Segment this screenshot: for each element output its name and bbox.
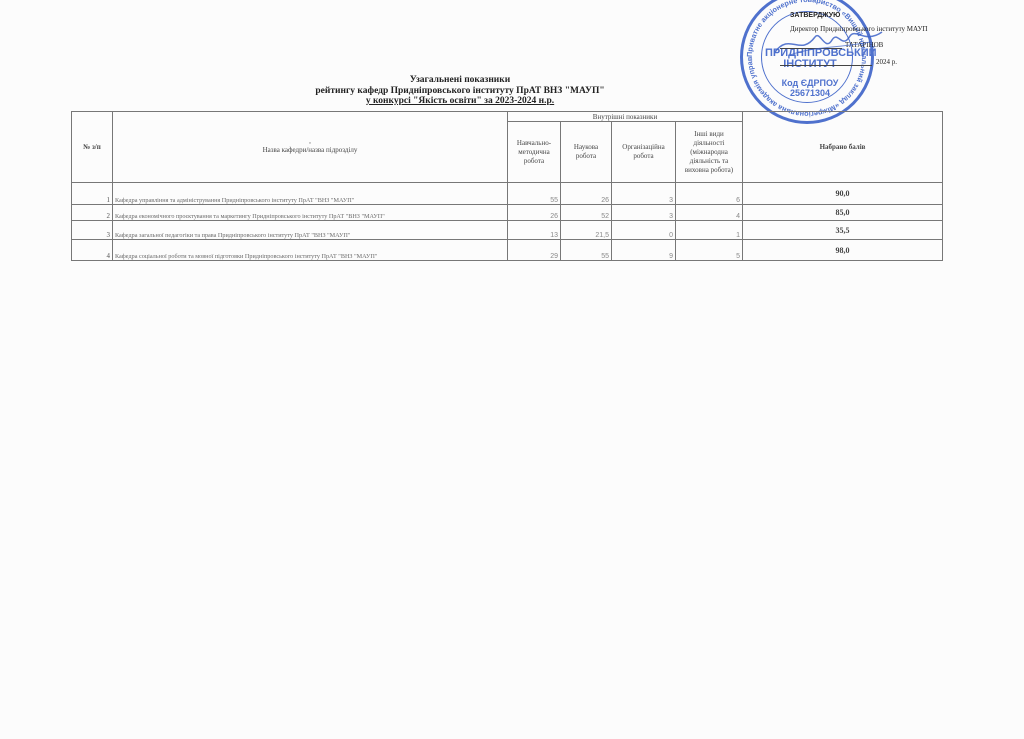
table-row: 1Кафедра управління та адміністрування П… <box>72 183 943 205</box>
title-line-3: у конкурсі "Якість освіти" за 2023-2024 … <box>260 96 660 107</box>
research-score: 52 <box>561 205 612 221</box>
header-number: № з/п <box>72 112 113 183</box>
other-score: 5 <box>676 240 743 261</box>
total-score: 85,0 <box>743 205 943 221</box>
row-number: 2 <box>72 205 113 221</box>
department-name: Кафедра управління та адміністрування Пр… <box>113 183 508 205</box>
approval-heading: ЗАТВЕРДЖУЮ <box>790 12 840 19</box>
other-score: 1 <box>676 221 743 240</box>
table-row: 4Кафедра соціальної роботи та мовної під… <box>72 240 943 261</box>
header-research: Наукова робота <box>561 122 612 183</box>
header-teaching: Навчально-методична робота <box>508 122 561 183</box>
organizational-score: 3 <box>612 205 676 221</box>
header-other: Інші види діяльності (міжнародна діяльні… <box>676 122 743 183</box>
title-line-2: рейтингу кафедр Придніпровського інститу… <box>260 86 660 97</box>
row-number: 1 <box>72 183 113 205</box>
research-score: 26 <box>561 183 612 205</box>
organizational-score: 3 <box>612 183 676 205</box>
organizational-score: 0 <box>612 221 676 240</box>
research-score: 55 <box>561 240 612 261</box>
total-score: 35,5 <box>743 221 943 240</box>
total-score: 98,0 <box>743 240 943 261</box>
teaching-score: 26 <box>508 205 561 221</box>
header-organizational: Організаційна робота <box>612 122 676 183</box>
total-score: 90,0 <box>743 183 943 205</box>
table-row: 2Кафедра економічного проєктування та ма… <box>72 205 943 221</box>
organizational-score: 9 <box>612 240 676 261</box>
stamp-code: Код ЄДРПОУ 25671304 <box>765 78 855 98</box>
department-name: Кафедра економічного проєктування та мар… <box>113 205 508 221</box>
teaching-score: 55 <box>508 183 561 205</box>
department-name: Кафедра соціальної роботи та мовної підг… <box>113 240 508 261</box>
title-line-1: Узагальнені показники <box>260 75 660 86</box>
other-score: 4 <box>676 205 743 221</box>
row-number: 4 <box>72 240 113 261</box>
signature-mark <box>770 22 890 62</box>
teaching-score: 13 <box>508 221 561 240</box>
other-score: 6 <box>676 183 743 205</box>
table-row: 3Кафедра загальної педагогіки та права П… <box>72 221 943 240</box>
rating-table: № з/п · Назва кафедри/назва підрозділу В… <box>71 111 943 261</box>
header-name: · Назва кафедри/назва підрозділу <box>113 112 508 183</box>
row-number: 3 <box>72 221 113 240</box>
header-total: Набрано балів <box>743 112 943 183</box>
date-line <box>780 65 872 66</box>
document-title: Узагальнені показники рейтингу кафедр Пр… <box>260 75 660 107</box>
research-score: 21,5 <box>561 221 612 240</box>
teaching-score: 29 <box>508 240 561 261</box>
department-name: Кафедра загальної педагогіки та права Пр… <box>113 221 508 240</box>
header-internal-indicators: Внутрішні показники <box>508 112 743 122</box>
